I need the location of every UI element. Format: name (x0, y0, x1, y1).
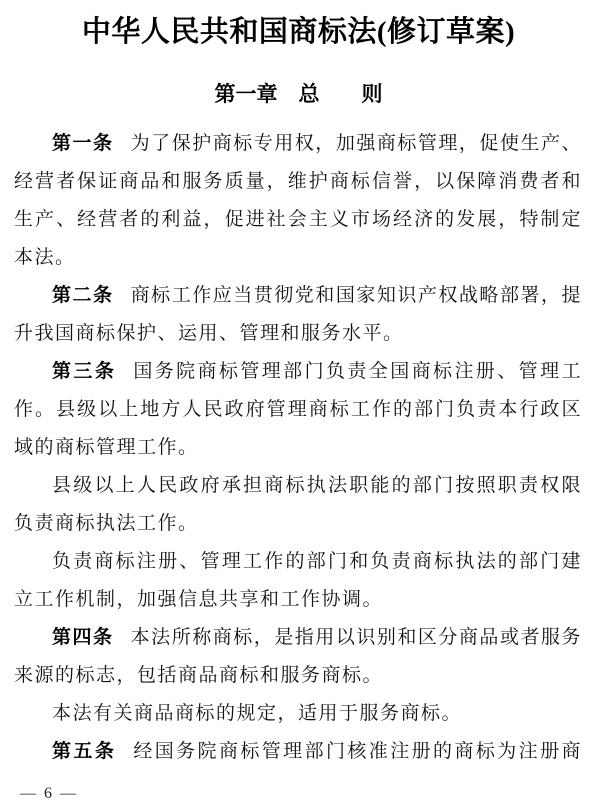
document-page: 中华人民共和国商标法(修订草案) 第一章 总 则 第一条为了保护商标专用权，加强… (0, 0, 597, 809)
document-body: 第一条为了保护商标专用权，加强商标管理，促使生产、经营者保证商品和服务质量，维护… (14, 125, 582, 771)
article-paragraph: 第四条本法所称商标，是指用以识别和区分商品或者服务来源的标志，包括商品商标和服务… (14, 619, 582, 695)
article-number: 第三条 (52, 361, 116, 382)
article-paragraph: 第五条经国务院商标管理部门核准注册的商标为注册商 (14, 733, 582, 771)
article-text: 本法有关商品商标的规定，适用于服务商标。 (52, 703, 462, 724)
article-paragraph: 县级以上人民政府承担商标执法职能的部门按照职责权限负责商标执法工作。 (14, 467, 582, 543)
article-number: 第一条 (52, 133, 114, 154)
article-paragraph: 本法有关商品商标的规定，适用于服务商标。 (14, 695, 582, 733)
article-text: 县级以上人民政府承担商标执法职能的部门按照职责权限负责商标执法工作。 (14, 475, 582, 534)
article-number: 第二条 (52, 285, 114, 306)
article-number: 第四条 (52, 627, 114, 648)
article-text: 经国务院商标管理部门核准注册的商标为注册商 (133, 741, 582, 762)
article-number: 第五条 (52, 741, 116, 762)
article-paragraph: 第一条为了保护商标专用权，加强商标管理，促使生产、经营者保证商品和服务质量，维护… (14, 125, 582, 277)
chapter-heading: 第一章 总 则 (0, 81, 597, 107)
document-title: 中华人民共和国商标法(修订草案) (0, 0, 597, 50)
article-text: 负责商标注册、管理工作的部门和负责商标执法的部门建立工作机制，加强信息共享和工作… (14, 551, 582, 610)
page-number: — 6 — (20, 785, 78, 803)
article-paragraph: 第三条国务院商标管理部门负责全国商标注册、管理工作。县级以上地方人民政府管理商标… (14, 353, 582, 467)
article-paragraph: 负责商标注册、管理工作的部门和负责商标执法的部门建立工作机制，加强信息共享和工作… (14, 543, 582, 619)
article-paragraph: 第二条商标工作应当贯彻党和国家知识产权战略部署，提升我国商标保护、运用、管理和服… (14, 277, 582, 353)
